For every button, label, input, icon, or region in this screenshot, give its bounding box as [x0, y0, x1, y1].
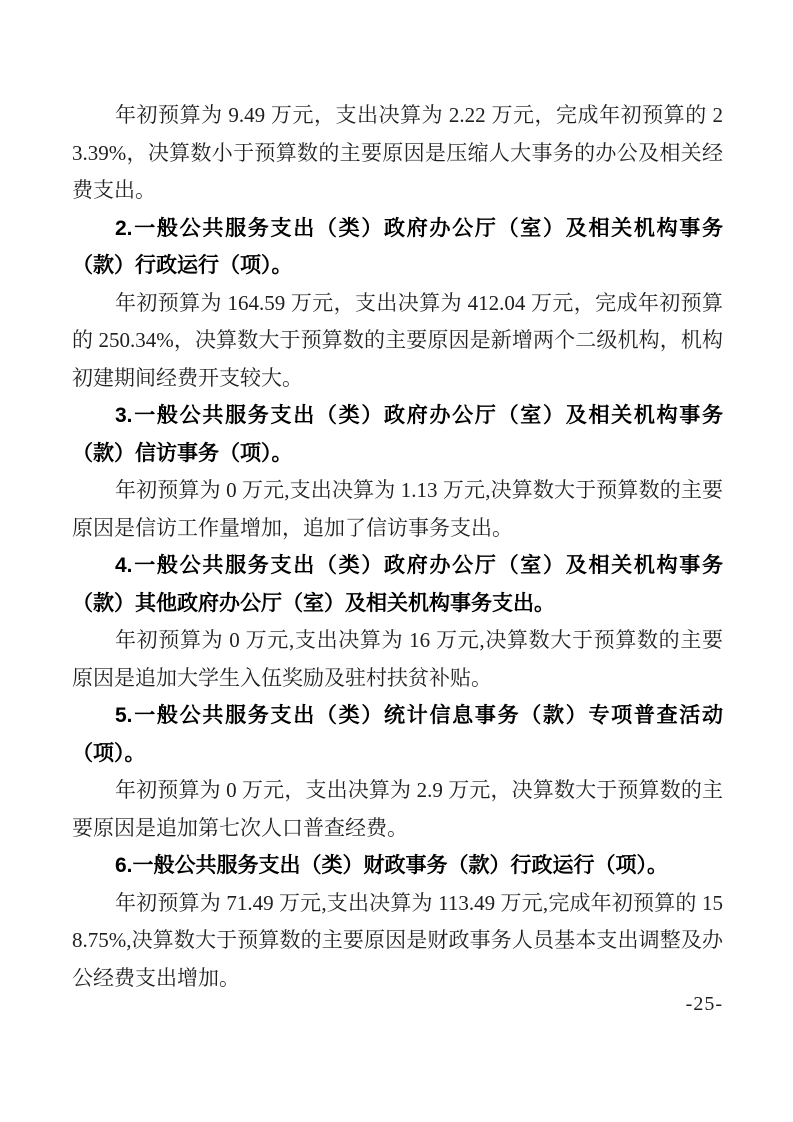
heading-section-4: 4.一般公共服务支出（类）政府办公厅（室）及相关机构事务（款）其他政府办公厅（室…: [72, 547, 723, 622]
document-page: 年初预算为 9.49 万元，支出决算为 2.22 万元，完成年初预算的 23.3…: [0, 0, 793, 1122]
heading-section-6: 6.一般公共服务支出（类）财政事务（款）行政运行（项）。: [72, 847, 723, 885]
heading-section-2: 2.一般公共服务支出（类）政府办公厅（室）及相关机构事务（款）行政运行（项）。: [72, 210, 723, 285]
paragraph-section-2: 年初预算为 164.59 万元，支出决算为 412.04 万元，完成年初预算的 …: [72, 285, 723, 398]
paragraph-section-3: 年初预算为 0 万元,支出决算为 1.13 万元,决算数大于预算数的主要原因是信…: [72, 472, 723, 547]
page-number: -25-: [686, 993, 723, 1016]
paragraph-section-1: 年初预算为 9.49 万元，支出决算为 2.22 万元，完成年初预算的 23.3…: [72, 97, 723, 210]
paragraph-section-5: 年初预算为 0 万元，支出决算为 2.9 万元，决算数大于预算数的主要原因是追加…: [72, 772, 723, 847]
paragraph-section-4: 年初预算为 0 万元,支出决算为 16 万元,决算数大于预算数的主要原因是追加大…: [72, 622, 723, 697]
document-content: 年初预算为 9.49 万元，支出决算为 2.22 万元，完成年初预算的 23.3…: [72, 97, 723, 997]
heading-section-5: 5.一般公共服务支出（类）统计信息事务（款）专项普查活动（项）。: [72, 697, 723, 772]
paragraph-section-6: 年初预算为 71.49 万元,支出决算为 113.49 万元,完成年初预算的 1…: [72, 885, 723, 998]
heading-section-3: 3.一般公共服务支出（类）政府办公厅（室）及相关机构事务（款）信访事务（项）。: [72, 397, 723, 472]
